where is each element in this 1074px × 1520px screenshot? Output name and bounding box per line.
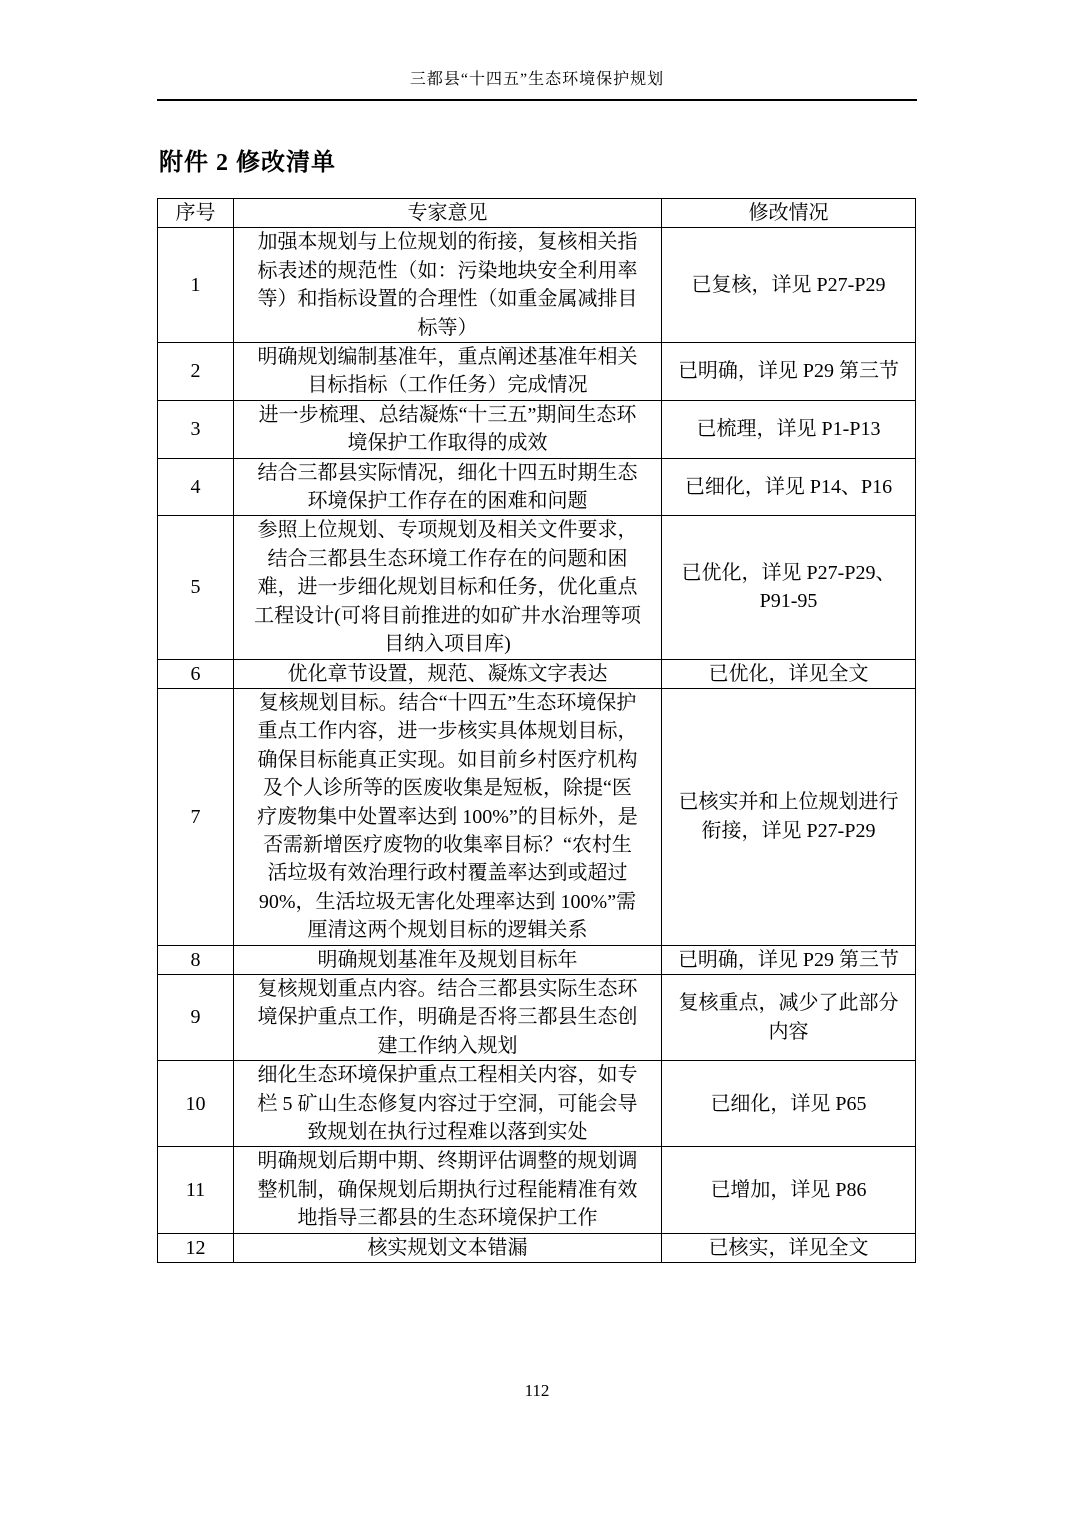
expert-opinion-cell: 细化生态环境保护重点工程相关内容，如专栏 5 矿山生态修复内容过于空洞，可能会导… bbox=[234, 1061, 662, 1147]
row-number-cell: 8 bbox=[158, 945, 234, 974]
row-number-cell: 12 bbox=[158, 1233, 234, 1262]
expert-opinion-cell: 加强本规划与上位规划的衔接，复核相关指标表述的规范性（如：污染地块安全利用率等）… bbox=[234, 228, 662, 343]
row-number-cell: 6 bbox=[158, 659, 234, 688]
table-row: 5参照上位规划、专项规划及相关文件要求，结合三都县生态环境工作存在的问题和困难，… bbox=[158, 516, 916, 659]
document-page: 三都县“十四五”生态环境保护规划 附件 2 修改清单 序号 专家意见 修改情况 … bbox=[157, 0, 917, 1263]
table-row: 9复核规划重点内容。结合三都县实际生态环境保护重点工作，明确是否将三都县生态创建… bbox=[158, 974, 916, 1060]
expert-opinion-cell: 结合三都县实际情况，细化十四五时期生态环境保护工作存在的困难和问题 bbox=[234, 458, 662, 516]
table-row: 7复核规划目标。结合“十四五”生态环境保护重点工作内容，进一步核实具体规划目标，… bbox=[158, 688, 916, 945]
row-number-cell: 9 bbox=[158, 974, 234, 1060]
column-header-status: 修改情况 bbox=[662, 199, 916, 228]
row-number-cell: 5 bbox=[158, 516, 234, 659]
row-number-cell: 1 bbox=[158, 228, 234, 343]
table-row: 6优化章节设置，规范、凝炼文字表达已优化，详见全文 bbox=[158, 659, 916, 688]
revision-status-cell: 复核重点，减少了此部分内容 bbox=[662, 974, 916, 1060]
revision-table-body: 1加强本规划与上位规划的衔接，复核相关指标表述的规范性（如：污染地块安全利用率等… bbox=[158, 228, 916, 1263]
revision-status-cell: 已明确，详见 P29 第三节 bbox=[662, 945, 916, 974]
running-header-title: 三都县“十四五”生态环境保护规划 bbox=[157, 70, 917, 99]
table-row: 12核实规划文本错漏已核实，详见全文 bbox=[158, 1233, 916, 1262]
revision-status-cell: 已细化，详见 P14、P16 bbox=[662, 458, 916, 516]
table-row: 8明确规划基准年及规划目标年已明确，详见 P29 第三节 bbox=[158, 945, 916, 974]
row-number-cell: 2 bbox=[158, 343, 234, 401]
page-footer: 112 bbox=[0, 1381, 1074, 1401]
row-number-cell: 4 bbox=[158, 458, 234, 516]
table-row: 10细化生态环境保护重点工程相关内容，如专栏 5 矿山生态修复内容过于空洞，可能… bbox=[158, 1061, 916, 1147]
revision-status-cell: 已复核，详见 P27-P29 bbox=[662, 228, 916, 343]
expert-opinion-cell: 复核规划目标。结合“十四五”生态环境保护重点工作内容，进一步核实具体规划目标，确… bbox=[234, 688, 662, 945]
expert-opinion-cell: 参照上位规划、专项规划及相关文件要求，结合三都县生态环境工作存在的问题和困难，进… bbox=[234, 516, 662, 659]
table-row: 11明确规划后期中期、终期评估调整的规划调整机制，确保规划后期执行过程能精准有效… bbox=[158, 1147, 916, 1233]
table-row: 2明确规划编制基准年，重点阐述基准年相关目标指标（工作任务）完成情况已明确，详见… bbox=[158, 343, 916, 401]
table-row: 3进一步梳理、总结凝炼“十三五”期间生态环境保护工作取得的成效已梳理，详见 P1… bbox=[158, 400, 916, 458]
column-header-no: 序号 bbox=[158, 199, 234, 228]
column-header-opinion: 专家意见 bbox=[234, 199, 662, 228]
expert-opinion-cell: 明确规划后期中期、终期评估调整的规划调整机制，确保规划后期执行过程能精准有效地指… bbox=[234, 1147, 662, 1233]
table-row: 1加强本规划与上位规划的衔接，复核相关指标表述的规范性（如：污染地块安全利用率等… bbox=[158, 228, 916, 343]
expert-opinion-cell: 明确规划基准年及规划目标年 bbox=[234, 945, 662, 974]
table-header-row: 序号 专家意见 修改情况 bbox=[158, 199, 916, 228]
revision-status-cell: 已梳理，详见 P1-P13 bbox=[662, 400, 916, 458]
revision-status-cell: 已核实并和上位规划进行衔接，详见 P27-P29 bbox=[662, 688, 916, 945]
table-row: 4结合三都县实际情况，细化十四五时期生态环境保护工作存在的困难和问题已细化，详见… bbox=[158, 458, 916, 516]
page-number: 112 bbox=[525, 1381, 550, 1400]
revision-status-cell: 已优化，详见 P27-P29、P91-95 bbox=[662, 516, 916, 659]
revision-status-cell: 已增加，详见 P86 bbox=[662, 1147, 916, 1233]
page-header: 三都县“十四五”生态环境保护规划 bbox=[157, 70, 917, 101]
revision-status-cell: 已细化，详见 P65 bbox=[662, 1061, 916, 1147]
row-number-cell: 11 bbox=[158, 1147, 234, 1233]
revision-status-cell: 已明确，详见 P29 第三节 bbox=[662, 343, 916, 401]
expert-opinion-cell: 优化章节设置，规范、凝炼文字表达 bbox=[234, 659, 662, 688]
page-title: 附件 2 修改清单 bbox=[159, 142, 917, 177]
expert-opinion-cell: 核实规划文本错漏 bbox=[234, 1233, 662, 1262]
revision-status-cell: 已核实，详见全文 bbox=[662, 1233, 916, 1262]
expert-opinion-cell: 复核规划重点内容。结合三都县实际生态环境保护重点工作，明确是否将三都县生态创建工… bbox=[234, 974, 662, 1060]
row-number-cell: 7 bbox=[158, 688, 234, 945]
row-number-cell: 3 bbox=[158, 400, 234, 458]
row-number-cell: 10 bbox=[158, 1061, 234, 1147]
expert-opinion-cell: 进一步梳理、总结凝炼“十三五”期间生态环境保护工作取得的成效 bbox=[234, 400, 662, 458]
revision-status-cell: 已优化，详见全文 bbox=[662, 659, 916, 688]
revision-table: 序号 专家意见 修改情况 1加强本规划与上位规划的衔接，复核相关指标表述的规范性… bbox=[157, 198, 916, 1263]
expert-opinion-cell: 明确规划编制基准年，重点阐述基准年相关目标指标（工作任务）完成情况 bbox=[234, 343, 662, 401]
